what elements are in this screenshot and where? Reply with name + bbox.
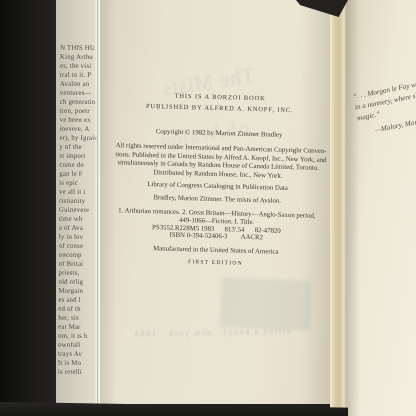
gutter-fore-edge [330, 0, 347, 412]
open-book-photo: N THIS HUKing Arthues, the visitral to i… [0, 0, 416, 416]
edition-notice: FIRST EDITION [98, 256, 332, 271]
copyright-text-block: THIS IS A BORZOI BOOK PUBLISHED BY ALFRE… [94, 0, 340, 416]
cip-author-title: Bradley, Marion Zimmer. The mists of Ava… [100, 193, 334, 208]
cip-heading: Library of Congress Cataloging in Public… [101, 180, 335, 195]
flap-text-column: N THIS HUKing Arthues, the visitral to i… [58, 44, 97, 378]
rights-paragraph: All rights reserved under International … [115, 142, 322, 182]
epigraph-page [346, 0, 416, 416]
curled-jacket-flap: N THIS HUKing Arthues, the visitral to i… [56, 0, 97, 406]
flap-text-fragment: is retelli [58, 368, 97, 378]
copyright-line: Copyright © 1982 by Marion Zimmer Bradle… [102, 127, 336, 142]
book-cover-spine [0, 0, 58, 416]
